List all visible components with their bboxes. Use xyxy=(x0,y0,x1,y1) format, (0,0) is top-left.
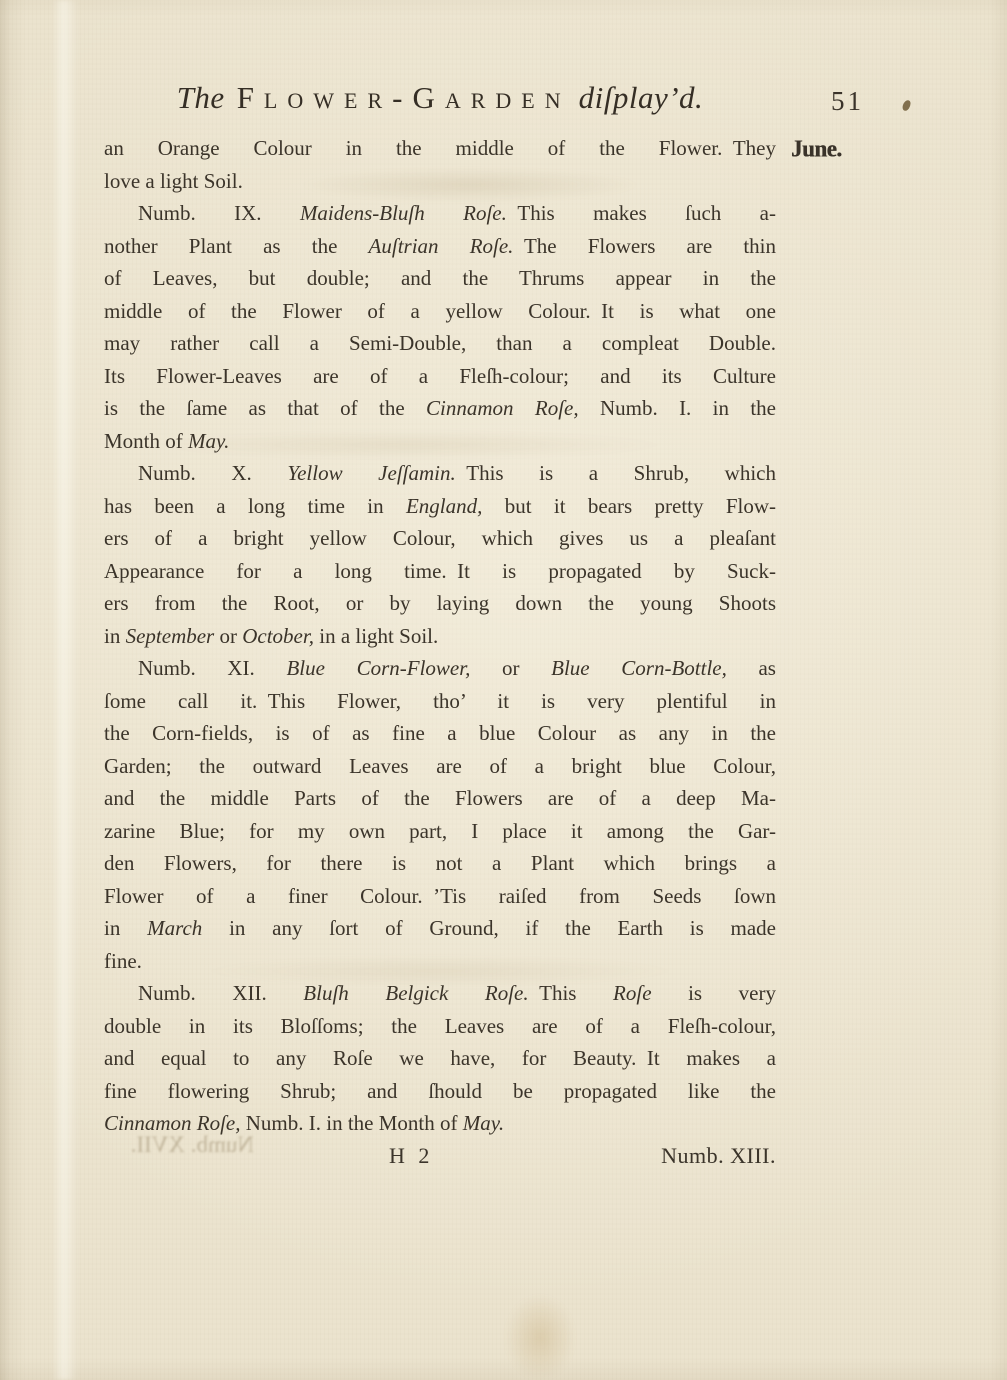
text-segment: Garden; the outward Leaves are of a brig… xyxy=(104,754,776,778)
text-line: and the middle Parts of the Flowers are … xyxy=(104,782,776,815)
italic-text-segment: May. xyxy=(463,1111,504,1135)
text-line: in March in any ſort of Ground, if the E… xyxy=(104,912,776,945)
italic-text-segment: Cinnamon Roſe, xyxy=(426,396,579,420)
text-line: Numb. XII. Bluſh Belgick Roſe. This Roſe… xyxy=(104,977,776,1010)
text-block: an Orange Colour in the middle of the Fl… xyxy=(104,132,776,1140)
text-line: ers of a bright yellow Colour, which giv… xyxy=(104,522,776,555)
italic-text-segment: May. xyxy=(188,429,229,453)
signature-mark: H 2 xyxy=(389,1140,433,1173)
italic-text-segment: England, xyxy=(406,494,482,518)
text-segment: is very xyxy=(652,981,776,1005)
scanned-book-page: TheFlower-Gardendiſplay’d. 51 June. an O… xyxy=(0,0,1007,1380)
text-segment: The Flowers are thin xyxy=(513,234,776,258)
text-segment: in xyxy=(104,624,126,648)
text-line: love a light Soil. xyxy=(104,165,776,198)
running-head-displayd: diſplay’d. xyxy=(579,80,704,115)
text-segment: may rather call a Semi-Double, than a co… xyxy=(104,331,776,355)
text-line: and equal to any Roſe we have, for Beaut… xyxy=(104,1042,776,1075)
text-segment: in xyxy=(104,916,147,940)
italic-text-segment: October, xyxy=(242,624,314,648)
text-segment: Numb. I. in the xyxy=(579,396,776,420)
text-line: Its Flower-Leaves are of a Fleſh-colour;… xyxy=(104,360,776,393)
text-segment: Its Flower-Leaves are of a Fleſh-colour;… xyxy=(104,364,776,388)
italic-text-segment: September xyxy=(126,624,215,648)
running-head-the: The xyxy=(177,80,225,115)
page-number: 51 xyxy=(831,86,864,117)
text-segment: Appearance for a long time. It is propag… xyxy=(104,559,776,583)
text-segment: as xyxy=(727,656,776,680)
text-segment: is the ſame as that of the xyxy=(104,396,426,420)
catchword: Numb. XIII. xyxy=(661,1140,776,1173)
text-line: has been a long time in England, but it … xyxy=(104,490,776,523)
text-line: Garden; the outward Leaves are of a brig… xyxy=(104,750,776,783)
text-line: Numb. XI. Blue Corn-Flower, or Blue Corn… xyxy=(104,652,776,685)
text-segment: in any ſort of Ground, if the Earth is m… xyxy=(202,916,776,940)
text-segment: Numb. XII. xyxy=(138,981,303,1005)
text-segment: and equal to any Roſe we have, for Beaut… xyxy=(104,1046,776,1070)
italic-text-segment: Blue Corn-Bottle, xyxy=(551,656,727,680)
text-segment: nother Plant as the xyxy=(104,234,369,258)
show-through-text: Numb. XVII. xyxy=(104,1132,254,1158)
text-line: of Leaves, but double; and the Thrums ap… xyxy=(104,262,776,295)
text-line: zarine Blue; for my own part, I place it… xyxy=(104,815,776,848)
text-line: Flower of a finer Colour. ’Tis raiſed fr… xyxy=(104,880,776,913)
text-segment: or xyxy=(214,624,242,648)
text-line: is the ſame as that of the Cinnamon Roſe… xyxy=(104,392,776,425)
text-segment: ſome call it. This Flower, tho’ it is ve… xyxy=(104,689,776,713)
text-segment: Flower of a finer Colour. ’Tis raiſed fr… xyxy=(104,884,776,908)
text-segment: in a light Soil. xyxy=(314,624,438,648)
text-segment: Numb. XI. xyxy=(138,656,286,680)
text-segment: and the middle Parts of the Flowers are … xyxy=(104,786,776,810)
text-segment: Numb. I. in the Month of xyxy=(241,1111,463,1135)
margin-note-month: June. xyxy=(791,135,842,162)
text-line: Appearance for a long time. It is propag… xyxy=(104,555,776,588)
italic-text-segment: Blue Corn-Flower, xyxy=(286,656,470,680)
text-line: an Orange Colour in the middle of the Fl… xyxy=(104,132,776,165)
running-head: TheFlower-Gardendiſplay’d. xyxy=(104,80,776,116)
text-segment: ers of a bright yellow Colour, which giv… xyxy=(104,526,776,550)
text-line: double in its Bloſſoms; the Leaves are o… xyxy=(104,1010,776,1043)
text-segment: This is a Shrub, which xyxy=(456,461,776,485)
italic-text-segment: Roſe xyxy=(613,981,651,1005)
paper-crease xyxy=(52,0,78,1380)
text-line: may rather call a Semi-Double, than a co… xyxy=(104,327,776,360)
text-segment: This xyxy=(529,981,613,1005)
italic-text-segment: Yellow Jeſſamin. xyxy=(287,461,455,485)
text-segment: double in its Bloſſoms; the Leaves are o… xyxy=(104,1014,776,1038)
text-segment: Numb. IX. xyxy=(138,201,300,225)
text-segment: This makes ſuch a- xyxy=(507,201,776,225)
text-line: the Corn-fields, is of as fine a blue Co… xyxy=(104,717,776,750)
text-segment: but it bears pretty Flow- xyxy=(482,494,776,518)
text-line: nother Plant as the Auſtrian Roſe. The F… xyxy=(104,230,776,263)
text-line: Month of May. xyxy=(104,425,776,458)
italic-text-segment: Auſtrian Roſe. xyxy=(369,234,514,258)
text-segment: ers from the Root, or by laying down the… xyxy=(104,591,776,615)
running-head-title: Flower-Garden xyxy=(237,80,571,115)
text-segment: an Orange Colour in the middle of the Fl… xyxy=(104,136,776,160)
paper-stain xyxy=(505,1295,575,1380)
text-segment: love a light Soil. xyxy=(104,169,243,193)
text-segment: zarine Blue; for my own part, I place it… xyxy=(104,819,776,843)
italic-text-segment: Bluſh Belgick Roſe. xyxy=(303,981,528,1005)
italic-text-segment: March xyxy=(147,916,202,940)
text-line: Numb. IX. Maidens-Bluſh Roſe. This makes… xyxy=(104,197,776,230)
ink-speck xyxy=(901,99,911,112)
text-segment: or xyxy=(470,656,551,680)
text-line: ſome call it. This Flower, tho’ it is ve… xyxy=(104,685,776,718)
text-line: den Flowers, for there is not a Plant wh… xyxy=(104,847,776,880)
text-line: in September or October, in a light Soil… xyxy=(104,620,776,653)
text-line: middle of the Flower of a yellow Colour.… xyxy=(104,295,776,328)
italic-text-segment: Maidens-Bluſh Roſe. xyxy=(300,201,507,225)
text-segment: the Corn-fields, is of as fine a blue Co… xyxy=(104,721,776,745)
text-line: fine. xyxy=(104,945,776,978)
text-line: ers from the Root, or by laying down the… xyxy=(104,587,776,620)
text-segment: fine. xyxy=(104,949,142,973)
text-line: fine flowering Shrub; and ſhould be prop… xyxy=(104,1075,776,1108)
text-segment: middle of the Flower of a yellow Colour.… xyxy=(104,299,776,323)
text-segment: Numb. X. xyxy=(138,461,287,485)
text-segment: has been a long time in xyxy=(104,494,406,518)
text-segment: fine flowering Shrub; and ſhould be prop… xyxy=(104,1079,776,1103)
text-segment: of Leaves, but double; and the Thrums ap… xyxy=(104,266,776,290)
text-line: Numb. X. Yellow Jeſſamin. This is a Shru… xyxy=(104,457,776,490)
text-segment: den Flowers, for there is not a Plant wh… xyxy=(104,851,776,875)
text-segment: Month of xyxy=(104,429,188,453)
